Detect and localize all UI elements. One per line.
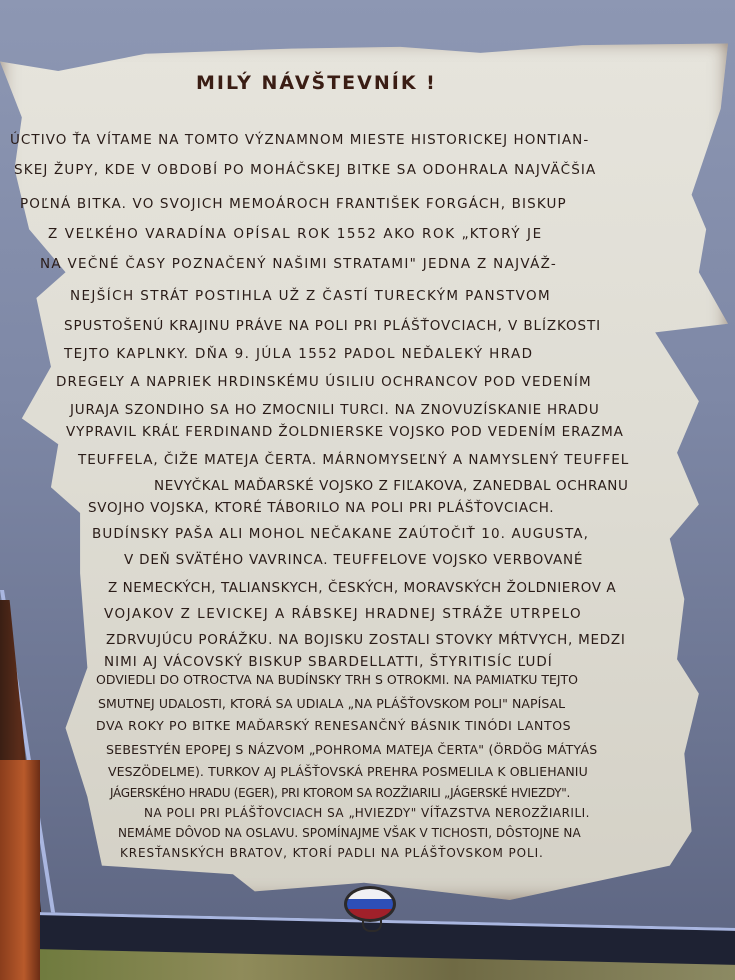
text-line: SVOJHO VOJSKA, KTORÉ TÁBORILO NA POLI PR… xyxy=(88,500,554,516)
text-line: JÁGERSKÉHO HRADU (EGER), PRI KTOROM SA R… xyxy=(110,786,570,800)
text-line: ZDRVUJÚCU PORÁŽKU. NA BOJISKU ZOSTALI ST… xyxy=(106,632,626,648)
text-line: JURAJA SZONDIHO SA HO ZMOCNILI TURCI. NA… xyxy=(70,402,600,418)
text-line: NIMI AJ VÁCOVSKÝ BISKUP SBARDELLATTI, ŠT… xyxy=(104,654,553,670)
flag-circle xyxy=(344,886,396,922)
text-line: POĽNÁ BITKA. VO SVOJICH MEMOÁROCH FRANTI… xyxy=(20,196,567,212)
text-line: VOJAKOV Z LEVICKEJ A RÁBSKEJ HRADNEJ STR… xyxy=(104,606,582,622)
text-line: Z NEMECKÝCH, TALIANSKYCH, ČESKÝCH, MORAV… xyxy=(108,580,616,596)
text-line: DVA ROKY PO BITKE MAĎARSKÝ RENESANČNÝ BÁ… xyxy=(96,718,571,733)
text-line: SEBESTYÉN EPOPEJ S NÁZVOM „POHROMA MATEJ… xyxy=(106,742,597,757)
text-line: BUDÍNSKY PAŠA ALI MOHOL NEČAKANE ZAÚTOČI… xyxy=(92,526,589,542)
text-line: SPUSTOŠENÚ KRAJINU PRÁVE NA POLI PRI PLÁ… xyxy=(64,318,601,334)
text-line: ÚCTIVO ŤA VÍTAME NA TOMTO VÝZNAMNOM MIES… xyxy=(10,132,589,148)
text-line: VYPRAVIL KRÁĽ FERDINAND ŽOLDNIERSKE VOJS… xyxy=(66,424,624,440)
text-line: V DEŇ SVÄTÉHO VAVRINCA. TEUFFELOVE VOJSK… xyxy=(124,552,583,568)
text-line: NEMÁME DÔVOD NA OSLAVU. SPOMÍNAJME VŠAK … xyxy=(118,826,581,840)
text-line: NA VEČNÉ ČASY POZNAČENÝ NAŠIMI STRATAMI"… xyxy=(40,256,557,272)
ribbon-knot xyxy=(362,920,382,932)
text-line: ODVIEDLI DO OTROCTVA NA BUDÍNSKY TRH S O… xyxy=(96,672,578,687)
slovak-tricolor-emblem-icon xyxy=(340,880,400,930)
text-line: NA POLI PRI PLÁŠŤOVCIACH SA „HVIEZDY" VÍ… xyxy=(144,806,590,820)
text-line: VESZÖDELME). TURKOV AJ PLÁŠŤOVSKÁ PREHRA… xyxy=(108,764,588,779)
text-line: KRESŤANSKÝCH BRATOV, KTORÍ PADLI NA PLÁŠ… xyxy=(120,846,544,860)
text-line: TEJTO KAPLNKY. DŇA 9. JÚLA 1552 PADOL NE… xyxy=(64,346,533,362)
text-line: DREGELY A NAPRIEK HRDINSKÉMU ÚSILIU OCHR… xyxy=(56,374,592,390)
sign-text: ÚCTIVO ŤA VÍTAME NA TOMTO VÝZNAMNOM MIES… xyxy=(0,0,735,980)
text-line: NEJŠÍCH STRÁT POSTIHLA UŽ Z ČASTÍ TURECK… xyxy=(70,288,551,304)
text-line: Z VEĽKÉHO VARADÍNA OPÍSAL ROK 1552 AKO R… xyxy=(48,226,543,242)
text-line: TEUFFELA, ČIŽE MATEJA ČERTA. MÁRNOMYSEĽN… xyxy=(78,452,629,468)
text-line: NEVYČKAL MAĎARSKÉ VOJSKO Z FIĽAKOVA, ZAN… xyxy=(154,478,628,494)
text-line: SMUTNEJ UDALOSTI, KTORÁ SA UDIALA „NA PL… xyxy=(98,696,565,711)
text-line: SKEJ ŽUPY, KDE V OBDOBÍ PO MOHÁČSKEJ BIT… xyxy=(14,162,596,178)
